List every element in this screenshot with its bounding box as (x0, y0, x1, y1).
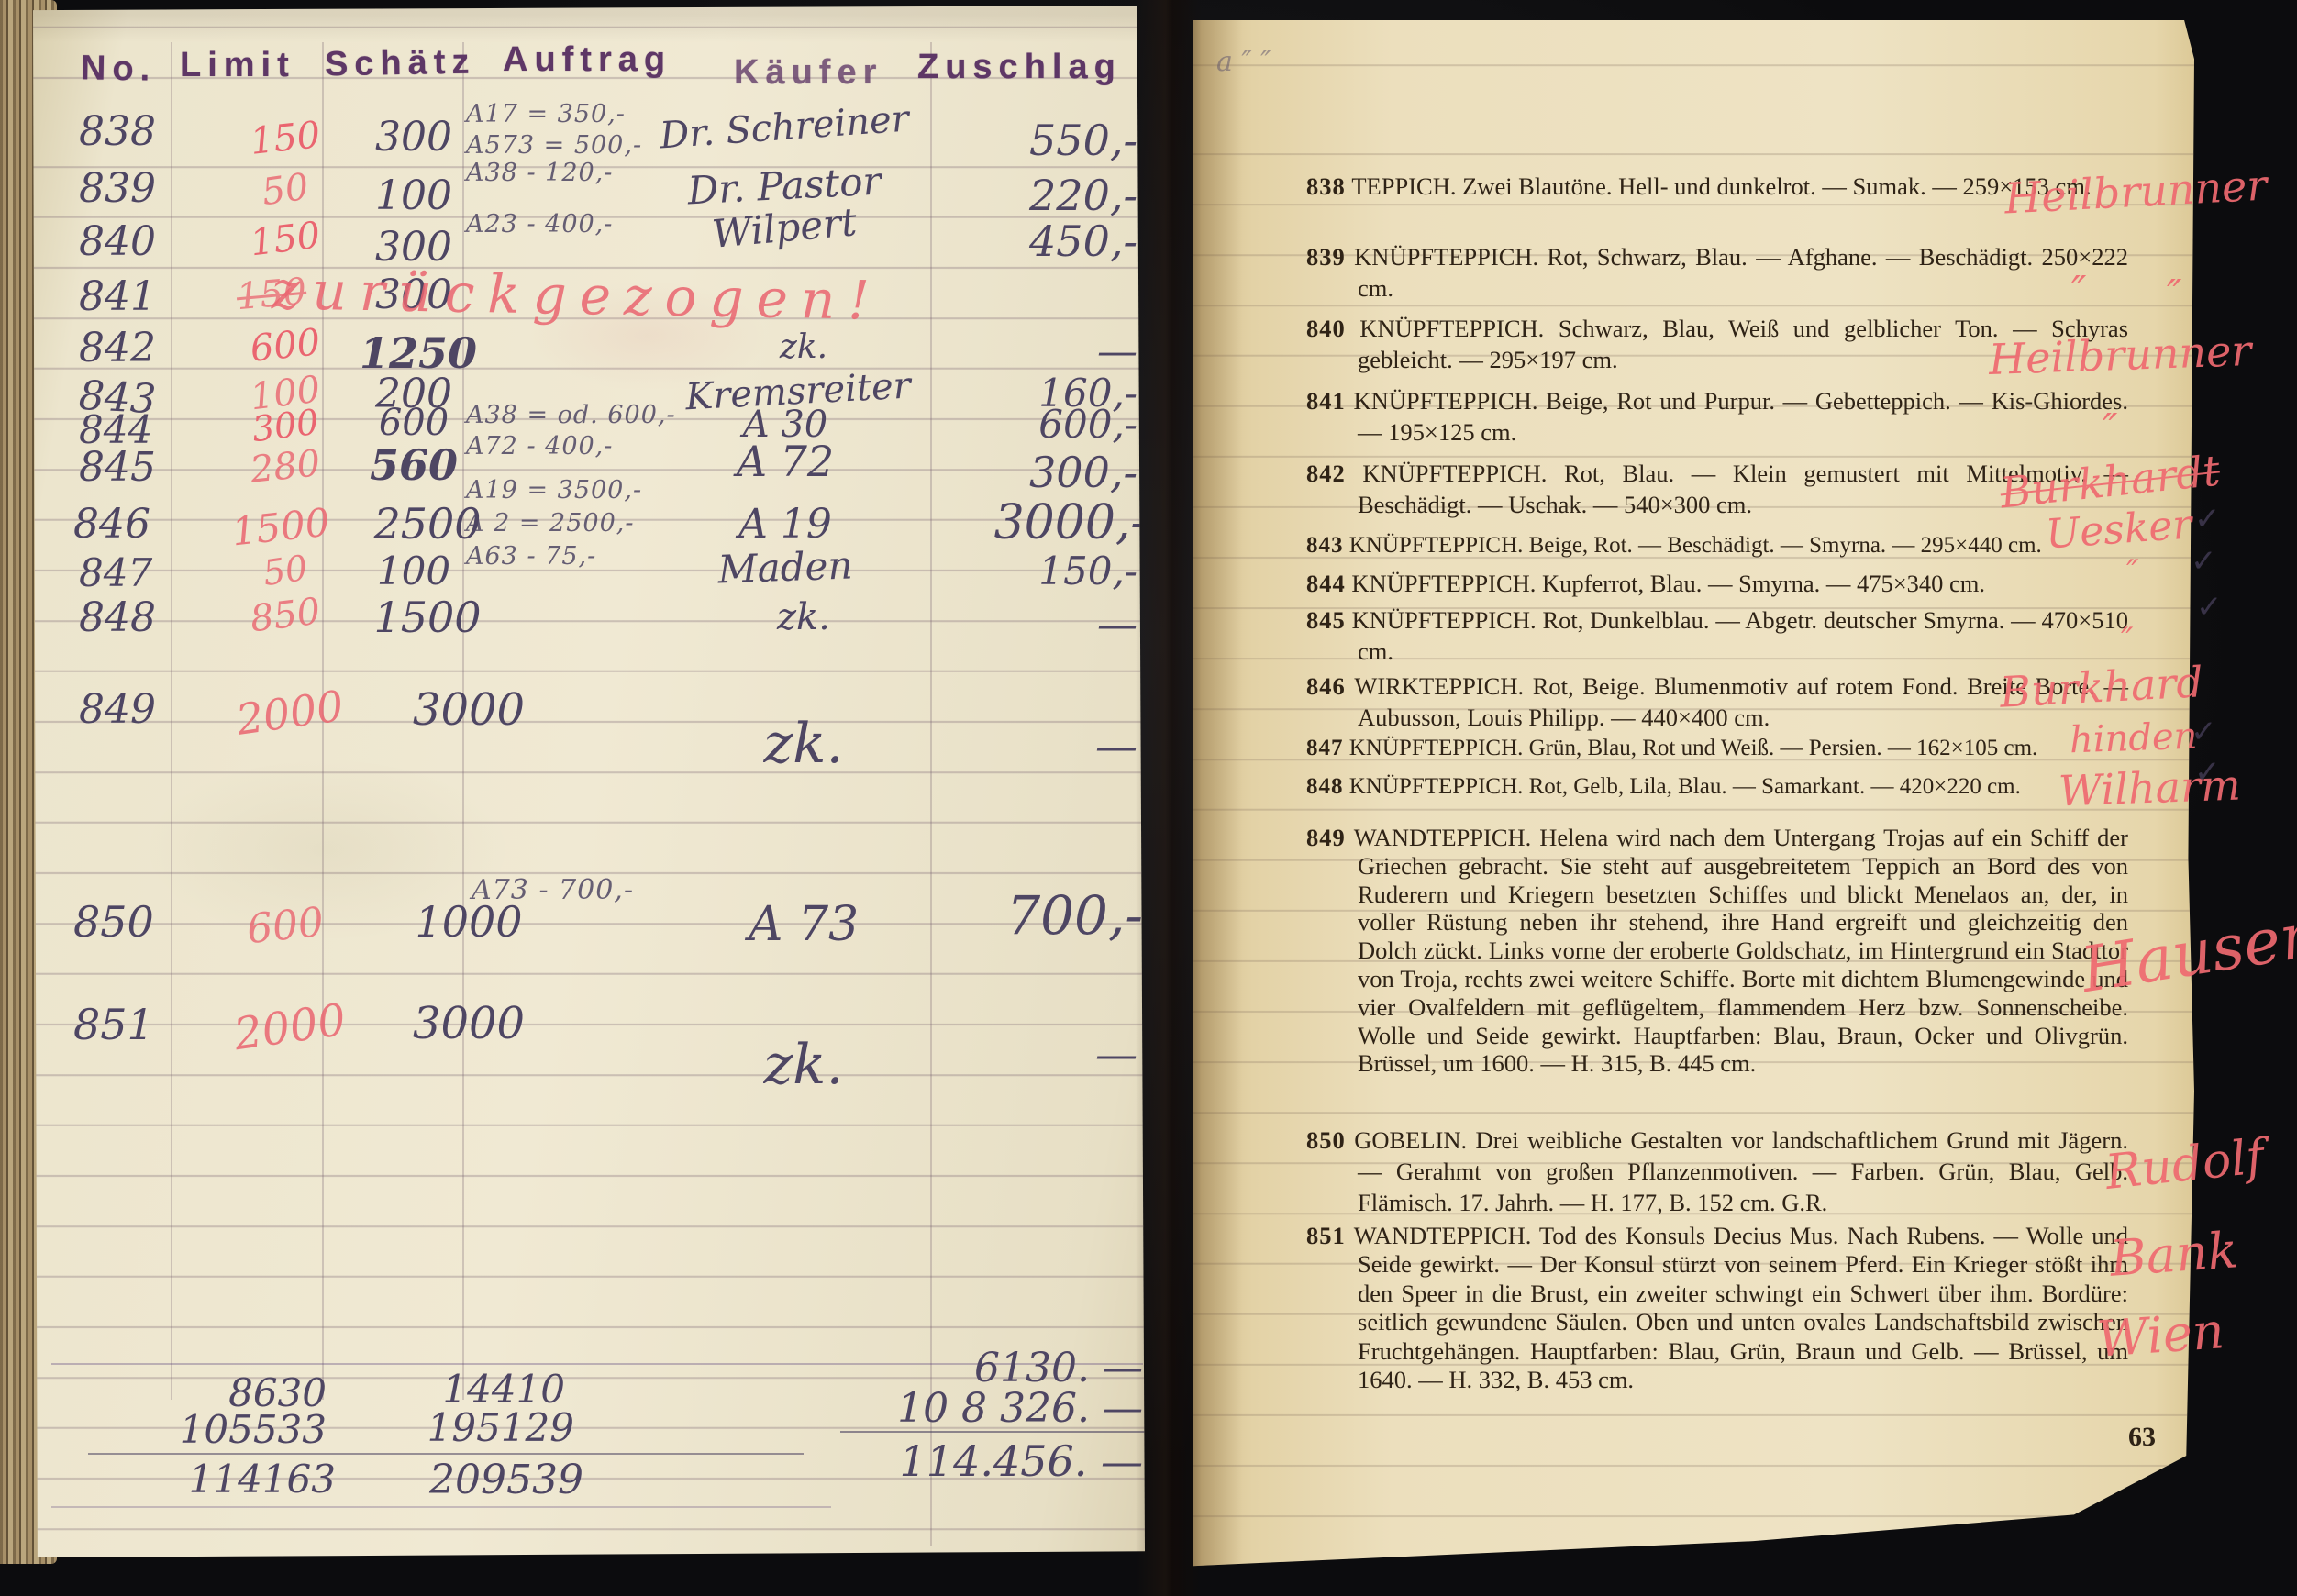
entry-text: KNÜPFTEPPICH. Kupferrot, Blau. — Smyrna.… (1351, 570, 1985, 597)
hammer-price: 3000,- (954, 495, 1147, 550)
limit-value: 2000 (195, 675, 384, 749)
catalog-entry: 849 WANDTEPPICH. Helena wird nach dem Un… (1306, 824, 2128, 1078)
hammer-price: 150,- (954, 549, 1137, 593)
entry-number: 842 (1306, 460, 1346, 487)
hammer-subtotal: 10 8 326. — (822, 1385, 1143, 1432)
entry-number: 851 (1306, 1222, 1346, 1249)
hammer-price: — (954, 721, 1137, 770)
column-header-schaetz: Schätz (325, 43, 476, 85)
bid-note: A73 - 700,- (472, 875, 634, 905)
catalog-entry: 839 KNÜPFTEPPICH. Rot, Schwarz, Blau. — … (1306, 241, 2128, 304)
checkmark-icon: ✓ (2194, 754, 2221, 791)
lot-number: 841 (79, 273, 156, 320)
margin-buyer-note: Wien (2095, 1302, 2226, 1369)
column-header-zuschlag: Zuschlag (917, 48, 1122, 87)
hammer-price: — (954, 602, 1137, 648)
margin-buyer-note: Bank (2108, 1221, 2239, 1288)
entry-text: WANDTEPPICH. Helena wird nach dem Unterg… (1354, 824, 2128, 1077)
lot-number: 842 (79, 325, 156, 371)
limit-subtotal: 105533 (70, 1407, 327, 1452)
estimate-value: 100 (354, 549, 473, 593)
margin-ditto-mark: ″ (2121, 622, 2133, 659)
catalog-entry: 848 KNÜPFTEPPICH. Rot, Gelb, Lila, Blau.… (1306, 771, 2128, 803)
bid-note: A72 - 400,- (466, 431, 613, 461)
entry-text: KNÜPFTEPPICH. Grün, Blau, Rot und Weiß. … (1349, 736, 2038, 760)
hammer-total: 114.456. — (831, 1436, 1143, 1486)
ledger-page-left: No. Limit Schätz Auftrag Käufer Zuschlag… (33, 6, 1145, 1557)
limit-value: 150 (215, 110, 356, 166)
entry-number: 849 (1306, 824, 1346, 851)
lot-number: 839 (79, 165, 156, 212)
catalog-entry: 843 KNÜPFTEPPICH. Beige, Rot. — Beschädi… (1306, 530, 2128, 561)
catalog-entry: 845 KNÜPFTEPPICH. Rot, Dunkelblau. — Abg… (1306, 604, 2128, 667)
lot-number: 850 (73, 897, 154, 947)
catalog-entry: 841 KNÜPFTEPPICH. Beige, Rot und Purpur.… (1306, 385, 2128, 448)
entry-number: 846 (1306, 672, 1346, 700)
bid-note: A 2 = 2500,- (466, 508, 634, 538)
withdrawn-note: zurückgezogen! (271, 259, 882, 332)
hammer-price: 700,- (941, 884, 1143, 947)
buyer-name: zk. (730, 596, 877, 638)
bid-note: A23 - 400,- (466, 209, 613, 239)
hammer-price: 550,- (954, 116, 1137, 165)
hammer-price: — (954, 1029, 1137, 1079)
margin-ditto-mark: ″ (2126, 554, 2138, 592)
column-header-no: No. (81, 49, 157, 89)
entry-number: 850 (1306, 1126, 1346, 1154)
column-header-kaeufer: Käufer (734, 53, 882, 93)
hammer-price: 220,- (954, 171, 1137, 220)
entry-text: KNÜPFTEPPICH. Beige, Rot und Purpur. — G… (1353, 387, 2128, 446)
hammer-price: — (954, 328, 1137, 375)
bid-note: A38 - 120,- (466, 158, 613, 188)
column-header-limit: Limit (180, 46, 295, 85)
sum-rule (88, 1453, 804, 1455)
checkmark-icon: ✓ (2194, 501, 2221, 538)
margin-ditto-mark: ″ (2167, 272, 2181, 318)
estimate-value: 300 (354, 114, 473, 161)
buyer-name: zk. (712, 1033, 895, 1097)
catalog-entry: 844 KNÜPFTEPPICH. Kupferrot, Blau. — Smy… (1306, 568, 2128, 599)
hammer-price: 600,- (954, 402, 1137, 447)
entry-number: 839 (1306, 243, 1346, 271)
entry-text: TEPPICH. Zwei Blautöne. Hell- und dunkel… (1351, 172, 2091, 200)
checkmark-icon: ✓ (2191, 714, 2217, 750)
lot-number: 845 (79, 444, 156, 491)
checkmark-icon: ✓ (2196, 589, 2223, 626)
entry-text: GOBELIN. Drei weibliche Gestalten vor la… (1354, 1126, 2128, 1216)
estimate-value: 1500 (345, 593, 510, 642)
catalog-entry: 847 KNÜPFTEPPICH. Grün, Blau, Rot und We… (1306, 733, 2128, 764)
buyer-name: A 73 (675, 897, 932, 952)
lot-number: 838 (79, 108, 156, 155)
bid-note: A38 = od. 600,- (466, 400, 676, 430)
estimate-value: 3000 (372, 684, 565, 736)
lot-number: 848 (79, 594, 156, 641)
hammer-price: 300,- (954, 448, 1137, 497)
limit-total: 114163 (79, 1457, 336, 1502)
bid-note: A19 = 3500,- (466, 475, 642, 505)
lot-number: 846 (73, 501, 150, 548)
buyer-name: A 72 (675, 437, 895, 486)
entry-text: KNÜPFTEPPICH. Rot, Dunkelblau. — Abgetr.… (1352, 606, 2128, 665)
catalog-page-right: a ″ ″ 838 TEPPICH. Zwei Blautöne. Hell- … (1193, 20, 2194, 1572)
entry-number: 845 (1306, 606, 1346, 634)
entry-number: 841 (1306, 387, 1346, 415)
checkmark-icon: ✓ (2191, 543, 2217, 580)
auction-ledger-scan: No. Limit Schätz Auftrag Käufer Zuschlag… (0, 0, 2297, 1596)
buyer-name: zk. (730, 328, 877, 366)
estimate-value: 600 (354, 402, 473, 444)
estimate-value: 100 (354, 172, 473, 219)
buyer-name: Maden (656, 540, 915, 594)
lot-number: 849 (79, 686, 156, 733)
column-divider (171, 42, 172, 1400)
entry-number: 840 (1306, 315, 1346, 342)
margin-buyer-note: Heilbrunner (1988, 326, 2252, 384)
entry-number: 847 (1306, 736, 1344, 760)
pencil-scribble: a ″ ″ (1216, 46, 1271, 78)
margin-buyer-note: Burkhard (1999, 657, 2204, 717)
hammer-price: 450,- (954, 216, 1137, 266)
column-divider (930, 42, 932, 1546)
estimate-subtotal: 195129 (336, 1405, 574, 1450)
entry-number: 848 (1306, 774, 1344, 799)
margin-buyer-note: hinden (2069, 715, 2198, 762)
entry-text: KNÜPFTEPPICH. Beige, Rot. — Beschädigt. … (1349, 533, 2042, 558)
entry-number: 843 (1306, 533, 1344, 558)
book-spine-shadow (1136, 0, 1202, 1596)
entry-number: 844 (1306, 570, 1346, 597)
catalog-entry: 850 GOBELIN. Drei weibliche Gestalten vo… (1306, 1125, 2128, 1218)
entry-text: KNÜPFTEPPICH. Rot, Gelb, Lila, Blau. — S… (1349, 774, 2021, 799)
estimate-total: 209539 (336, 1457, 583, 1503)
catalog-entry: 851 WANDTEPPICH. Tod des Konsuls Decius … (1306, 1222, 2128, 1394)
totals-rule (51, 1506, 831, 1508)
page-number: 63 (2128, 1422, 2156, 1453)
bid-note: A63 - 75,- (466, 541, 596, 571)
column-header-auftrag: Auftrag (503, 40, 671, 80)
entry-number: 838 (1306, 172, 1346, 200)
buyer-name: zk. (712, 712, 895, 776)
lot-number: 851 (73, 1000, 154, 1049)
entry-text: WANDTEPPICH. Tod des Konsuls Decius Mus.… (1354, 1222, 2128, 1393)
limit-value: 2000 (195, 989, 384, 1065)
buyer-name: A 19 (675, 501, 895, 548)
margin-ditto-mark: ″ (2103, 405, 2117, 452)
bid-note: A17 = 350,- (466, 99, 626, 129)
buyer-name: Dr. Schreiner (641, 96, 927, 159)
margin-ditto-mark: ″ (2071, 268, 2086, 315)
bid-note: A573 = 500,- (466, 130, 642, 161)
estimate-value: 560 (354, 440, 473, 490)
estimate-value: 3000 (372, 998, 565, 1049)
lot-number: 847 (79, 550, 152, 595)
entry-text: KNÜPFTEPPICH. Rot, Schwarz, Blau. — Afgh… (1354, 243, 2128, 302)
lot-number: 840 (79, 218, 156, 265)
